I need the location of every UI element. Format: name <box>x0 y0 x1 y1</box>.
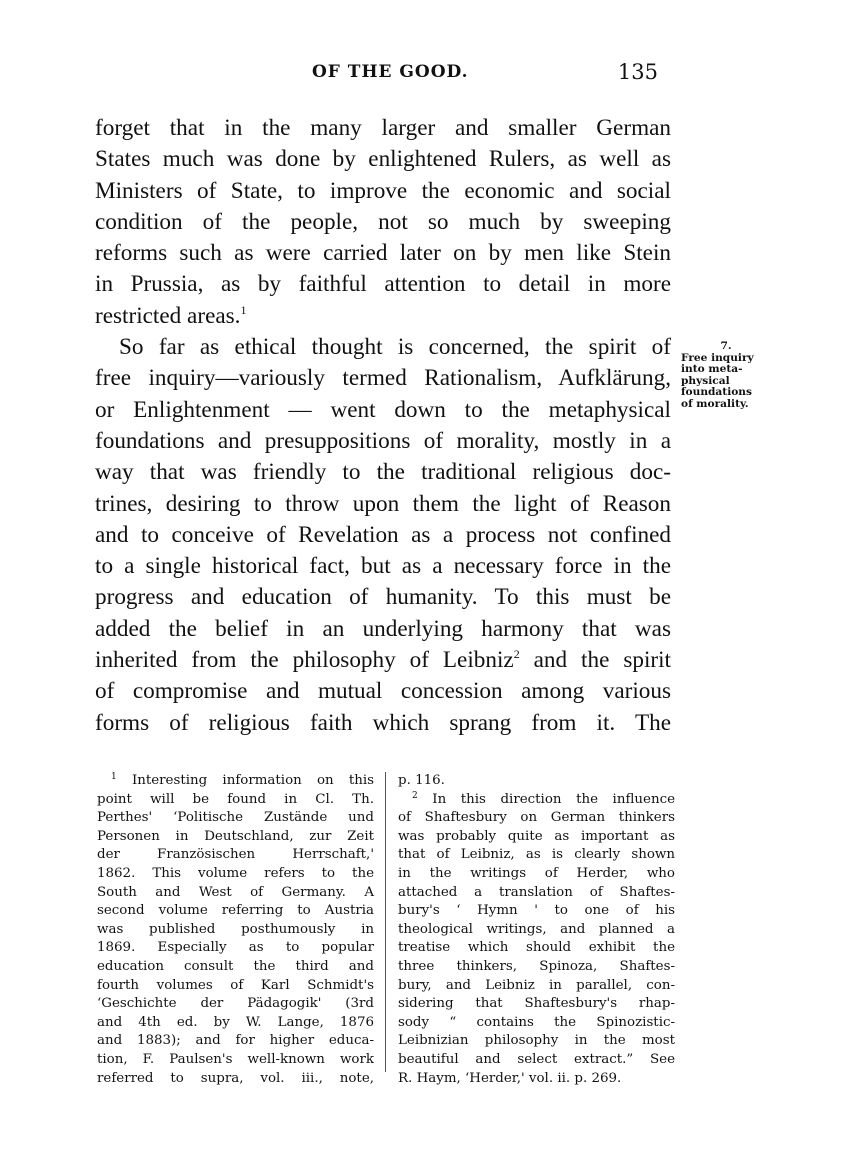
footnote-line: attached a translation of Shaftes- <box>398 884 675 903</box>
text-line: or Enlightenment — went down to the meta… <box>95 395 671 426</box>
footnote-marker-2: 2 <box>412 791 418 801</box>
footnote-line: was published posthumously in <box>97 921 374 940</box>
text-line: trines, desiring to throw upon them the … <box>95 489 671 520</box>
text-line: free inquiry—variously termed Rationalis… <box>95 363 671 394</box>
footnote-line: bury's ‘ Hymn ' to one of his <box>398 902 675 921</box>
footnote-line: R. Haym, ‘Herder,' vol. ii. p. 269. <box>398 1070 675 1089</box>
footnote-line: beautiful and select extract.” See <box>398 1051 675 1070</box>
footnote-line: education consult the third and <box>97 958 374 977</box>
text-line: in Prussia, as by faithful attention to … <box>95 269 671 300</box>
footnote-ref-1[interactable]: 1 <box>240 303 246 317</box>
footnote-line: 1869. Especially as to popular <box>97 939 374 958</box>
footnote-line: referred to supra, vol. iii., note, <box>97 1070 374 1089</box>
text-line: restricted areas.1 <box>95 301 671 332</box>
footnote-line: sidering that Shaftesbury's rhap- <box>398 995 675 1014</box>
footnote-line: in the writings of Herder, who <box>398 865 675 884</box>
footnote-line: second volume referring to Austria <box>97 902 374 921</box>
section-number: 7. <box>681 341 771 353</box>
footnote-line: bury, and Leibniz in parallel, con- <box>398 977 675 996</box>
footnote-line: three thinkers, Spinoza, Shaftes- <box>398 958 675 977</box>
footnote-line: that of Leibniz, as is clearly shown <box>398 846 675 865</box>
page-number: 135 <box>618 60 658 84</box>
footnote-line: 2 In this direction the influence <box>398 791 675 810</box>
text-line: foundations and presuppositions of moral… <box>95 426 671 457</box>
column-divider <box>385 772 386 1072</box>
text-line: to a single historical fact, but as a ne… <box>95 551 671 582</box>
footnote-line: 1 Interesting information on this <box>97 772 374 791</box>
footnote-line: der Französischen Herrschaft,' <box>97 846 374 865</box>
text-line: of compromise and mutual concession amon… <box>95 676 671 707</box>
footnote-line: 1862. This volume refers to the <box>97 865 374 884</box>
text-line: progress and education of humanity. To t… <box>95 582 671 613</box>
footnote-marker-1: 1 <box>111 772 117 782</box>
text-line: Ministers of State, to improve the econo… <box>95 176 671 207</box>
text-line: inherited from the philosophy of Leibniz… <box>95 645 671 676</box>
footnote-line: Perthes' ‘Politische Zustände und <box>97 809 374 828</box>
footnote-line: fourth volumes of Karl Schmidt's <box>97 977 374 996</box>
text-line: condition of the people, not so much by … <box>95 207 671 238</box>
footnote-line: Personen in Deutschland, zur Zeit <box>97 828 374 847</box>
footnote-line: and 1883); and for higher educa- <box>97 1032 374 1051</box>
running-title: OF THE GOOD. <box>312 62 469 82</box>
footnote-line: ‘Geschichte der Pädagogik' (3rd <box>97 995 374 1014</box>
footnote-line: theological writings, and planned a <box>398 921 675 940</box>
footnote-line: South and West of Germany. A <box>97 884 374 903</box>
text-line: added the belief in an underlying harmon… <box>95 614 671 645</box>
footnote-line: tion, F. Paulsen's well-known work <box>97 1051 374 1070</box>
text-line: forms of religious faith which sprang fr… <box>95 708 671 739</box>
marginal-note: 7. Free inquiry into meta- physical foun… <box>681 341 771 411</box>
footnote-line: of Shaftesbury on German thinkers <box>398 809 675 828</box>
footnote-line: was probably quite as important as <box>398 828 675 847</box>
footnote-line: p. 116. <box>398 772 675 791</box>
footnote-line: Leibnizian philosophy in the most <box>398 1032 675 1051</box>
text-line: forget that in the many larger and small… <box>95 113 671 144</box>
footnote-line: point will be found in Cl. Th. <box>97 791 374 810</box>
text-line: and to conceive of Revelation as a proce… <box>95 520 671 551</box>
text-line: States much was done by enlightened Rule… <box>95 144 671 175</box>
footnote-1: 1 Interesting information on this point … <box>97 772 374 1088</box>
running-header: OF THE GOOD. 135 <box>290 62 670 92</box>
footnote-line: treatise which should exhibit the <box>398 939 675 958</box>
text-line: way that was friendly to the traditional… <box>95 457 671 488</box>
main-text: forget that in the many larger and small… <box>95 113 671 739</box>
footnote-2: p. 116. 2 In this direction the influenc… <box>398 772 675 1088</box>
footnote-line: and 4th ed. by W. Lange, 1876 <box>97 1014 374 1033</box>
footnote-line: sody “ contains the Spinozistic- <box>398 1014 675 1033</box>
text-line: reforms such as were carried later on by… <box>95 238 671 269</box>
margin-line: of morality. <box>681 399 771 411</box>
paragraph-start: So far as ethical thought is concerned, … <box>95 332 671 363</box>
